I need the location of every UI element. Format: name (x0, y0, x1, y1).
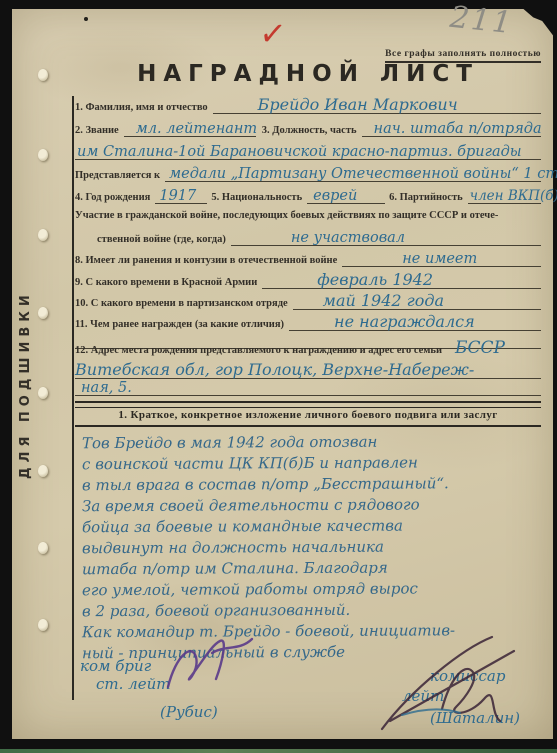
pencil-page-number: 211 (448, 0, 515, 41)
section-rule-top (75, 401, 541, 408)
field-line: нач. штаба п/отряда (362, 120, 541, 137)
field-line: БССР (447, 341, 541, 357)
field-line: Брейдо Иван Маркович (213, 97, 541, 114)
field-line: мл. лейтенант (124, 120, 256, 137)
field-value-wounds: не имеет (402, 251, 477, 267)
field-line: 1917 (155, 187, 207, 204)
field-value-address-2: Витебская обл, гор Полоцк, Верхне-Набере… (75, 360, 474, 379)
field-row-position-cont: им Сталина-1ой Барановичской красно-парт… (75, 143, 541, 160)
section-rule-bottom (75, 425, 541, 427)
red-checkmark-icon: ✓ (257, 13, 287, 56)
field-row-presented-for: Представляется к медали „Партизану Отече… (75, 165, 541, 182)
merit-line: штаба п/отр им Сталина. Благодаря (82, 558, 539, 581)
field-line: ная, 5. (75, 381, 541, 396)
field-line: не имеет (342, 250, 541, 267)
field-value-address-3: ная, 5. (81, 380, 132, 396)
field-label-position: 3. Должность, часть (262, 125, 357, 137)
field-row-previous-awards: 11. Чем ранее награжден (за какие отличи… (75, 314, 541, 331)
field-value-position-cont: им Сталина-1ой Барановичской красно-парт… (77, 144, 522, 160)
merit-line: в 2 раза, боевой организованный. (82, 600, 539, 623)
punch-hole (38, 149, 48, 161)
merit-line: его умелой, четкой работы отряд вырос (82, 579, 539, 602)
field-label-previous-awards: 11. Чем ранее награжден (за какие отличи… (75, 319, 284, 331)
field-value-position: нач. штаба п/отряда (374, 121, 542, 137)
punch-hole (38, 307, 48, 319)
field-row-rank-unit: 2. Звание мл. лейтенант 3. Должность, ча… (75, 120, 541, 137)
field-label-civil-war-2: ственной войне (где, когда) (97, 234, 226, 246)
field-row-civil-war-line1: Участие в гражданской войне, последующих… (75, 210, 541, 221)
field-row-partisan-since: 10. С какого времени в партизанском отря… (75, 293, 541, 310)
signature-left-name: (Рубис) (160, 703, 218, 721)
field-line: им Сталина-1ой Барановичской красно-парт… (75, 143, 541, 160)
field-value-previous-awards: не награждался (334, 312, 475, 331)
punch-hole (38, 69, 48, 81)
merit-line: выдвинут на должность начальника (82, 537, 539, 560)
signature-left-role-2: ст. лейт (96, 675, 170, 693)
punch-hole (38, 619, 48, 631)
field-line: май 1942 года (293, 293, 541, 310)
field-line: февраль 1942 (262, 272, 541, 289)
merit-line: в тыл врага в состав п/отр „Бесстрашный“… (82, 474, 539, 497)
field-label-name: 1. Фамилия, имя и отчество (75, 102, 208, 114)
field-label-address: 12. Адрес места рождения представляемого… (75, 345, 442, 357)
field-value-red-army: февраль 1942 (317, 270, 433, 289)
filing-margin-line (72, 96, 74, 700)
field-row-wounds: 8. Имеет ли ранения и контузии в отечест… (75, 250, 541, 267)
field-value-presented: медали „Партизану Отечественной войны“ 1… (169, 166, 557, 182)
field-value-name: Брейдо Иван Маркович (258, 95, 458, 114)
signature-right-role-2: лейт (402, 687, 444, 705)
field-value-address-1: БССР (455, 338, 505, 358)
signature-right-name: (Шаталин) (430, 709, 520, 727)
field-value-rank: мл. лейтенант (136, 121, 257, 137)
field-label-birth-year: 4. Год рождения (75, 192, 150, 204)
punch-hole (38, 465, 48, 477)
award-sheet-page: ДЛЯ ПОДШИВКИ 211 ✓ Все графы заполнять п… (12, 9, 553, 739)
merit-description: Тов Брейдо в мая 1942 года отозван с вои… (82, 433, 539, 664)
merit-line: Как командир т. Брейдо - боевой, инициат… (82, 621, 539, 644)
field-label-partisan: 10. С какого времени в партизанском отря… (75, 298, 288, 310)
page-title: НАГРАДНОЙ ЛИСТ (75, 61, 541, 87)
field-row-address-line2: Витебская обл, гор Полоцк, Верхне-Набере… (75, 362, 541, 379)
field-label-red-army: 9. С какого времени в Красной Армии (75, 277, 257, 289)
field-value-birth-year: 1917 (159, 188, 196, 204)
field-label-civil-war-1: Участие в гражданской войне, последующих… (75, 210, 498, 221)
field-line: еврей (307, 187, 385, 204)
field-line: медали „Партизану Отечественной войны“ 1… (165, 165, 541, 182)
punch-hole (38, 542, 48, 554)
merit-line: бойца за боевые и командные качества (82, 516, 539, 539)
field-label-wounds: 8. Имеет ли ранения и контузии в отечест… (75, 255, 337, 267)
merit-line: Тов Брейдо в мая 1942 года отозван (82, 432, 539, 455)
field-row-name: 1. Фамилия, имя и отчество Брейдо Иван М… (75, 97, 541, 114)
field-line: не участвовал (231, 229, 541, 246)
scanned-document: ДЛЯ ПОДШИВКИ 211 ✓ Все графы заполнять п… (0, 0, 557, 753)
field-label-party: 6. Партийность (389, 192, 463, 204)
punch-hole (38, 387, 48, 399)
field-row-address-line3: ная, 5. (75, 381, 541, 396)
paper-tear-corner (517, 9, 553, 39)
field-line: Витебская обл, гор Полоцк, Верхне-Набере… (75, 362, 541, 379)
ink-speck (84, 17, 88, 21)
section-heading: 1. Краткое, конкретное изложение личного… (75, 409, 541, 421)
merit-line: За время своей деятельности с рядового (82, 495, 539, 518)
field-row-red-army-since: 9. С какого времени в Красной Армии февр… (75, 272, 541, 289)
spine-label: ДЛЯ ПОДШИВКИ (18, 229, 33, 479)
field-value-party: член ВКП(б) (470, 188, 557, 204)
signature-right-role-1: комиссар (430, 667, 505, 685)
field-row-address: 12. Адрес места рождения представляемого… (75, 341, 541, 357)
merit-line: с воинской части ЦК КП(б)Б и направлен (82, 453, 539, 476)
field-row-birth-nationality-party: 4. Год рождения 1917 5. Национальность е… (75, 187, 541, 204)
field-label-rank: 2. Звание (75, 125, 119, 137)
field-line: член ВКП(б) (468, 187, 541, 204)
field-value-civil-war: не участвовал (291, 230, 405, 246)
field-value-partisan: май 1942 года (323, 291, 444, 310)
field-row-civil-war-line2: ственной войне (где, когда) не участвова… (75, 229, 541, 246)
field-label-nationality: 5. Национальность (211, 192, 302, 204)
field-line: не награждался (289, 314, 541, 331)
punch-hole (38, 229, 48, 241)
field-value-nationality: еврей (313, 188, 357, 204)
signature-left-role-1: ком бриг (80, 657, 151, 675)
field-label-presented: Представляется к (75, 170, 160, 182)
